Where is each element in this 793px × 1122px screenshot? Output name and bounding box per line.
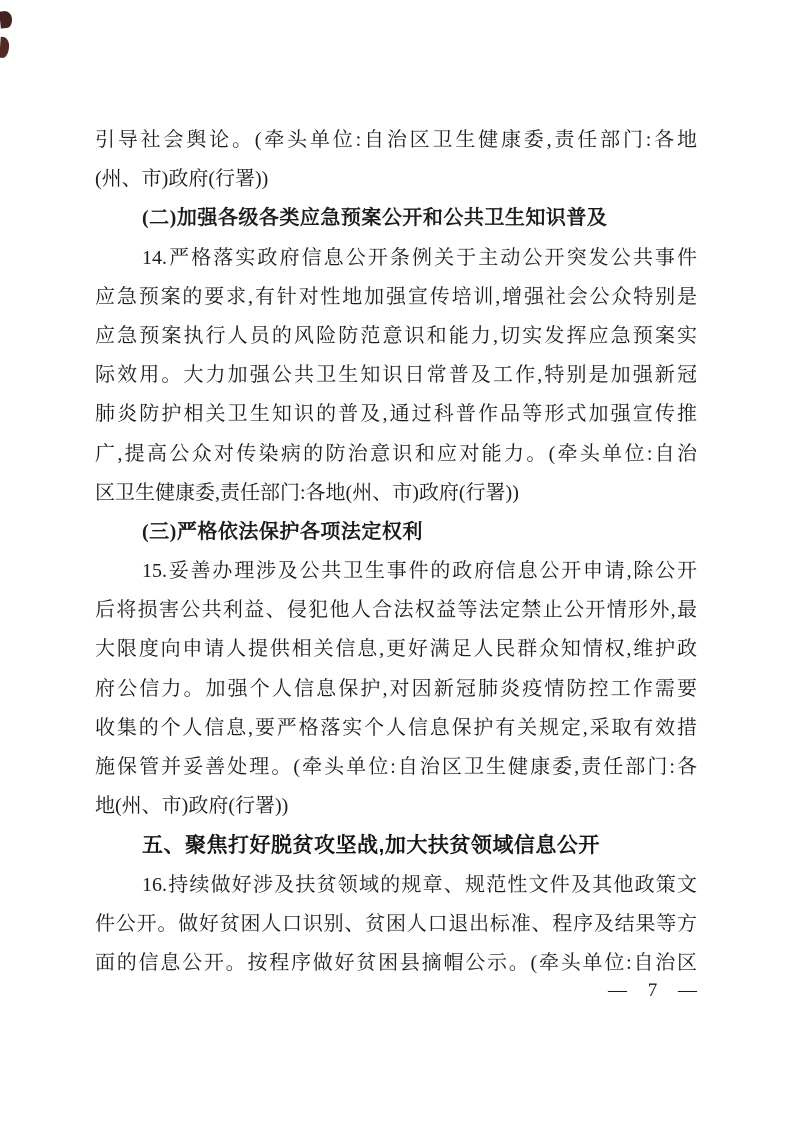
ink-stain-mark	[0, 37, 10, 59]
body-text-line: 施保管并妥善处理。(牵头单位:自治区卫生健康委,责任部门:各	[95, 748, 697, 787]
body-text-line: 件公开。做好贫困人口识别、贫困人口退出标准、程序及结果等方	[95, 905, 697, 944]
body-text-line: 应急预案执行人员的风险防范意识和能力,切实发挥应急预案实	[95, 317, 697, 356]
heading-section-5: 五、聚焦打好脱贫攻坚战,加大扶贫领域信息公开	[95, 826, 697, 865]
document-text-block: 引导社会舆论。(牵头单位:自治区卫生健康委,责任部门:各地 (州、市)政府(行署…	[95, 121, 697, 983]
body-text-line: 16.持续做好涉及扶贫领域的规章、规范性文件及其他政策文	[95, 866, 697, 905]
body-text-line: 引导社会舆论。(牵头单位:自治区卫生健康委,责任部门:各地	[95, 121, 697, 160]
body-text-line: 收集的个人信息,要严格落实个人信息保护有关规定,采取有效措	[95, 709, 697, 748]
ink-stain-mark	[0, 10, 13, 28]
body-text-line: 际效用。大力加强公共卫生知识日常普及工作,特别是加强新冠	[95, 356, 697, 395]
body-text-line: 府公信力。加强个人信息保护,对因新冠肺炎疫情防控工作需要	[95, 670, 697, 709]
body-text-line: 面的信息公开。按程序做好贫困县摘帽公示。(牵头单位:自治区	[95, 944, 697, 983]
body-text-line: (州、市)政府(行署))	[95, 160, 697, 199]
heading-subsection-3: (三)严格依法保护各项法定权利	[95, 513, 697, 552]
body-text-line: 肺炎防护相关卫生知识的普及,通过科普作品等形式加强宣传推	[95, 395, 697, 434]
body-text-line: 大限度向申请人提供相关信息,更好满足人民群众知情权,维护政	[95, 630, 697, 669]
body-text-line: 区卫生健康委,责任部门:各地(州、市)政府(行署))	[95, 474, 697, 513]
heading-subsection-2: (二)加强各级各类应急预案公开和公共卫生知识普及	[95, 199, 697, 238]
page-number: — 7 —	[608, 976, 703, 1006]
body-text-line: 广,提高公众对传染病的防治意识和应对能力。(牵头单位:自治	[95, 435, 697, 474]
document-page: 引导社会舆论。(牵头单位:自治区卫生健康委,责任部门:各地 (州、市)政府(行署…	[0, 0, 793, 1122]
body-text-line: 14.严格落实政府信息公开条例关于主动公开突发公共事件	[95, 239, 697, 278]
body-text-line: 后将损害公共利益、侵犯他人合法权益等法定禁止公开情形外,最	[95, 591, 697, 630]
body-text-line: 地(州、市)政府(行署))	[95, 787, 697, 826]
body-text-line: 15.妥善办理涉及公共卫生事件的政府信息公开申请,除公开	[95, 552, 697, 591]
body-text-line: 应急预案的要求,有针对性地加强宣传培训,增强社会公众特别是	[95, 278, 697, 317]
